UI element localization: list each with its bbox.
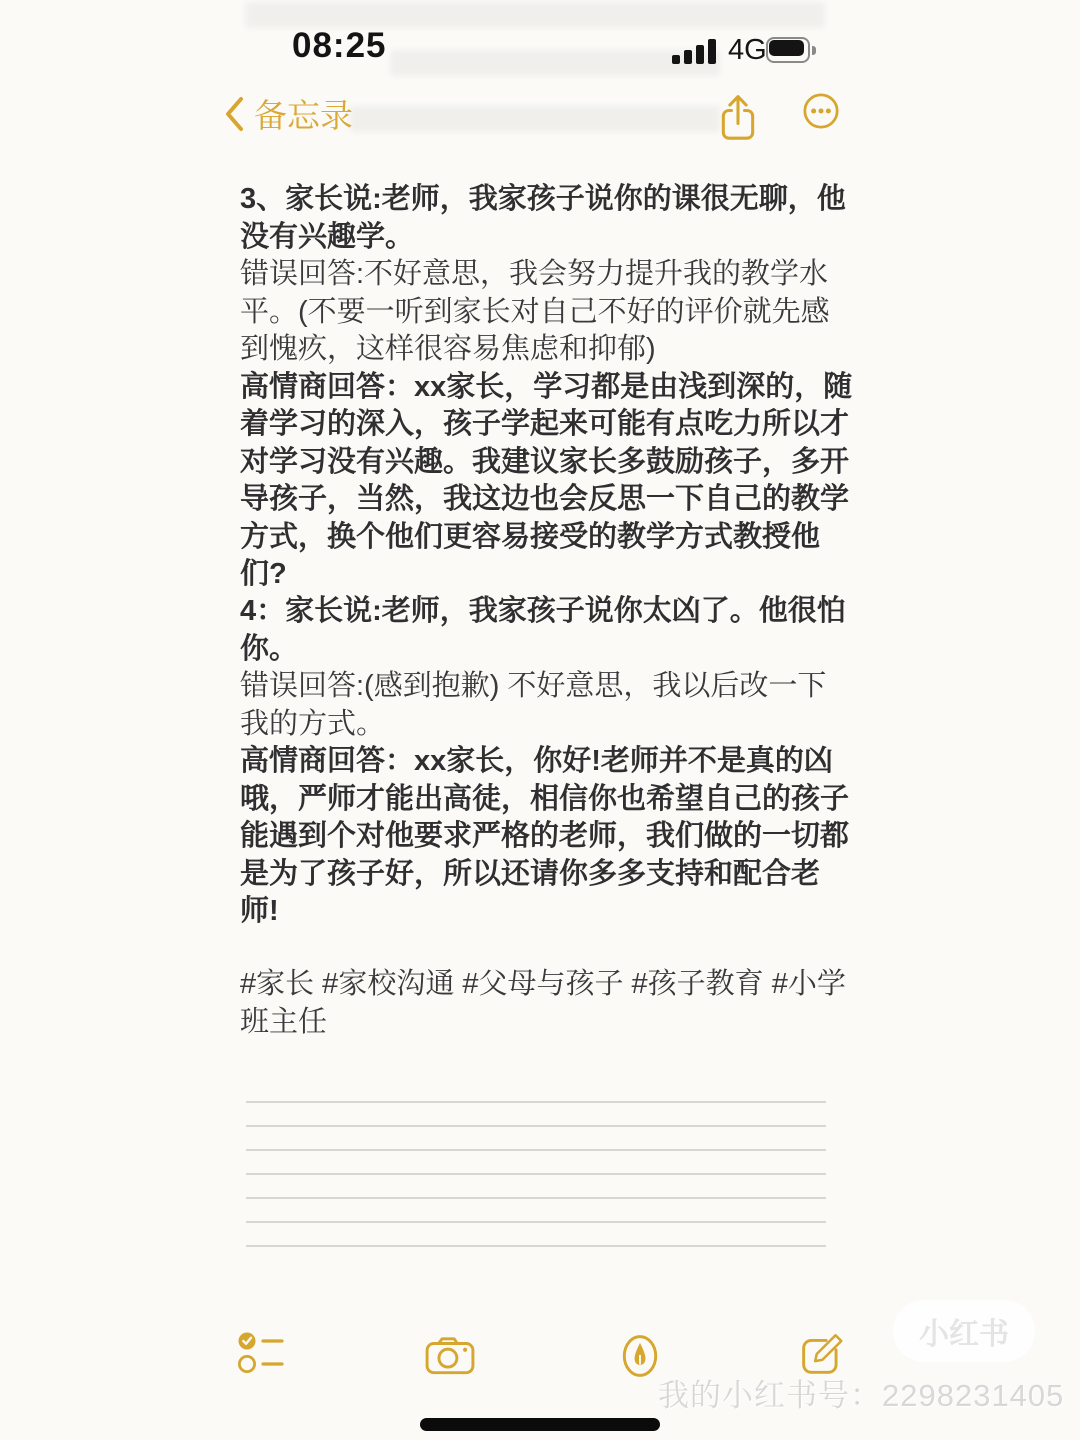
note-paragraph-3: 3、家长说:老师，我家孩子说你的课很无聊，他没有兴趣学。 错误回答:不好意思，我… (240, 181, 854, 594)
checklist-button[interactable] (237, 1330, 287, 1376)
compose-button[interactable] (800, 1330, 846, 1376)
xiaohongshu-id-watermark: 我的小红书号：2298231405 (658, 1370, 1064, 1415)
checklist-icon (237, 1330, 287, 1376)
ruled-line (246, 1221, 826, 1223)
share-button[interactable] (718, 92, 758, 142)
battery-icon (766, 37, 818, 63)
share-icon (718, 92, 758, 142)
ruled-line (246, 1173, 826, 1175)
note-paragraph-4: 4：家长说:老师，我家孩子说你太凶了。他很怕你。 错误回答:(感到抱歉) 不好意… (240, 593, 854, 931)
compose-icon (800, 1330, 846, 1376)
ruled-line (246, 1197, 826, 1199)
clock-time: 08:25 (292, 26, 387, 66)
xiaohongshu-logo-watermark: 小红书 (893, 1300, 1035, 1362)
wrong-answer-4: 错误回答:(感到抱歉) 不好意思，我以后改一下我的方式。 (240, 668, 854, 743)
hashtags-line: #家长 #家校沟通 #父母与孩子 #孩子教育 #小学班主任 (240, 966, 854, 1041)
camera-button[interactable] (425, 1336, 475, 1376)
wrong-answer-3: 错误回答:不好意思，我会努力提升我的教学水平。(不要一听到家长对自己不好的评价就… (240, 256, 854, 369)
ruled-line (246, 1125, 826, 1127)
home-indicator[interactable] (420, 1418, 660, 1431)
chevron-left-icon (224, 95, 246, 133)
parent-remark-4: 4：家长说:老师，我家孩子说你太凶了。他很怕你。 (240, 593, 854, 668)
ruled-line (246, 1245, 826, 1247)
signal-bars-icon (672, 38, 720, 64)
back-button[interactable]: 备忘录 (224, 90, 353, 137)
more-options-button[interactable] (802, 92, 840, 130)
parent-remark-3: 3、家长说:老师，我家孩子说你的课很无聊，他没有兴趣学。 (240, 181, 854, 256)
ruled-line (246, 1101, 826, 1103)
network-type-label: 4G (728, 34, 767, 67)
ruled-line (246, 1149, 826, 1151)
smart-answer-4: 高情商回答：xx家长，你好!老师并不是真的凶哦，严师才能出高徒，相信你也希望自己… (240, 743, 854, 931)
ellipsis-circle-icon (802, 92, 840, 130)
markup-button[interactable] (621, 1334, 659, 1378)
status-bar: 08:25 4G (0, 0, 1080, 80)
back-button-label: 备忘录 (254, 90, 353, 137)
nav-bar: 备忘录 (0, 90, 1080, 146)
markup-icon (621, 1334, 659, 1378)
smart-answer-3: 高情商回答：xx家长，学习都是由浅到深的，随着学习的深入，孩子学起来可能有点吃力… (240, 369, 854, 594)
notes-app-screen: 08:25 4G 备忘录 (0, 0, 1080, 1440)
camera-icon (425, 1336, 475, 1376)
